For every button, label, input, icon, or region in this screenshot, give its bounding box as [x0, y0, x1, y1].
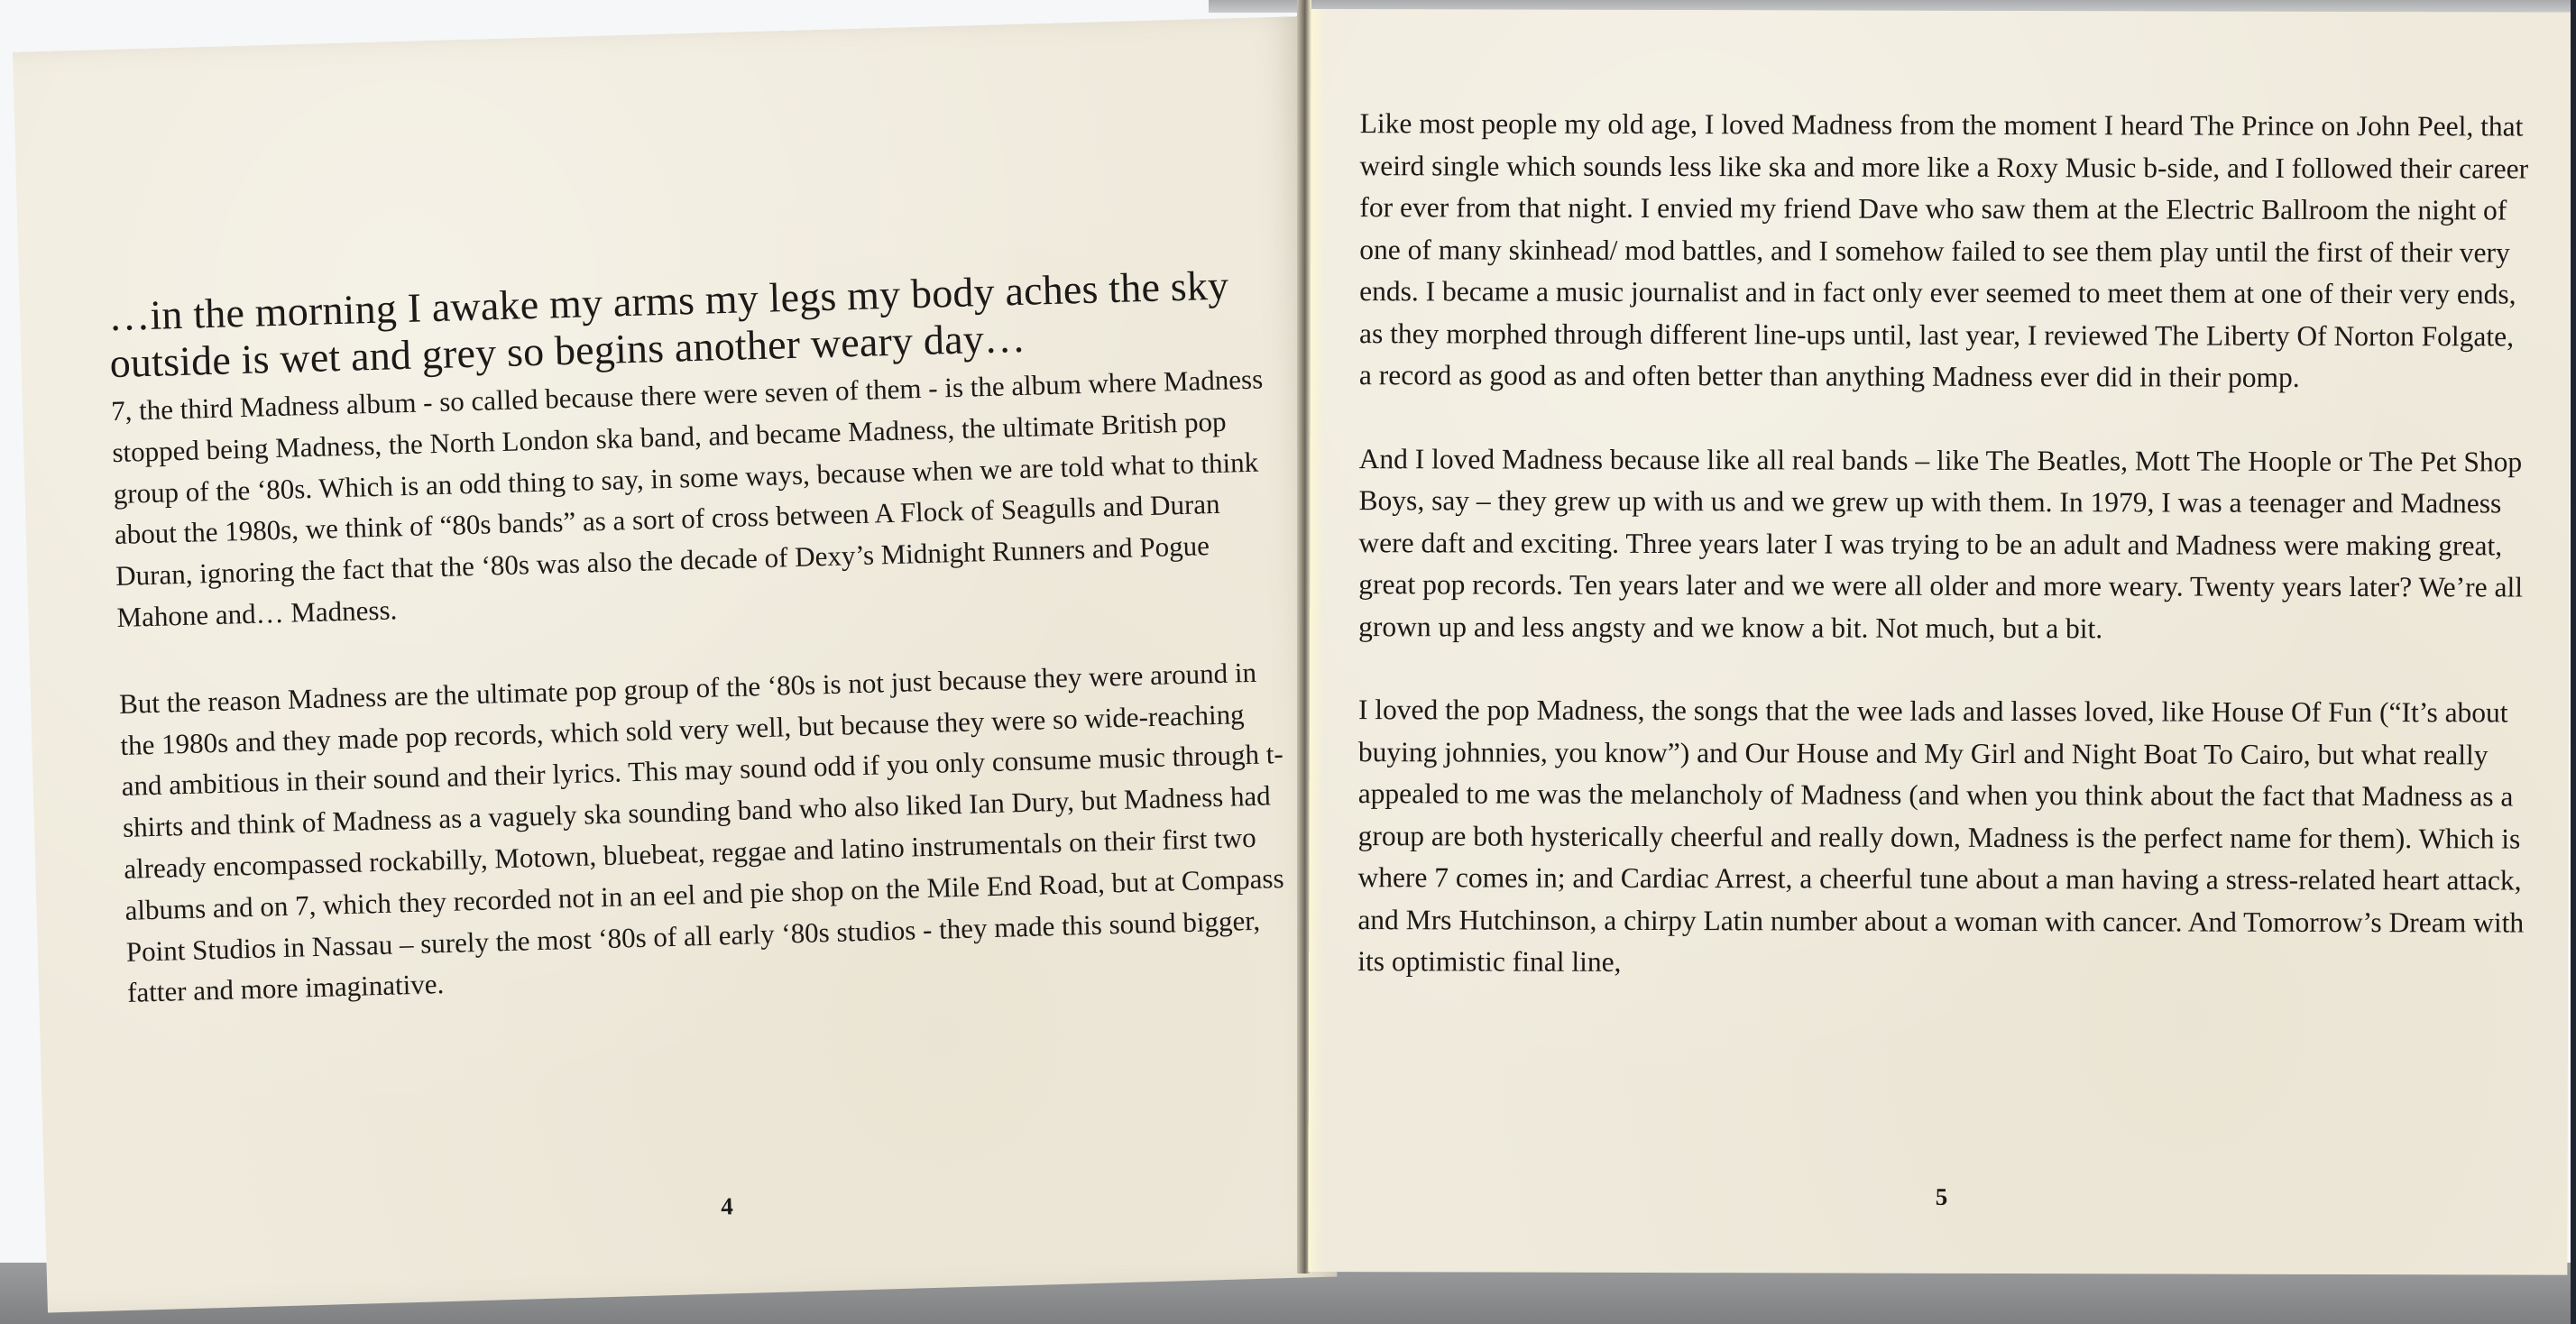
paragraph: 7, the third Madness album - so called b… — [111, 358, 1281, 639]
paragraph: But the reason Madness are the ultimate … — [119, 651, 1292, 1014]
left-page: …in the morning I awake my arms my legs … — [13, 16, 1337, 1312]
page-number: 5 — [1915, 1183, 1969, 1211]
right-page-content: Like most people my old age, I loved Mad… — [1357, 103, 2533, 1027]
scan-edge — [2571, 0, 2576, 1324]
left-page-content: …in the morning I awake my arms my legs … — [108, 261, 1293, 1059]
paragraph: And I loved Madness because like all rea… — [1358, 438, 2532, 651]
left-page-body: 7, the third Madness album - so called b… — [111, 358, 1292, 1014]
paragraph: I loved the pop Madness, the songs that … — [1357, 689, 2531, 986]
page-number: 4 — [700, 1192, 755, 1222]
right-page: Like most people my old age, I loved Mad… — [1308, 9, 2571, 1275]
paragraph: Like most people my old age, I loved Mad… — [1359, 103, 2533, 400]
